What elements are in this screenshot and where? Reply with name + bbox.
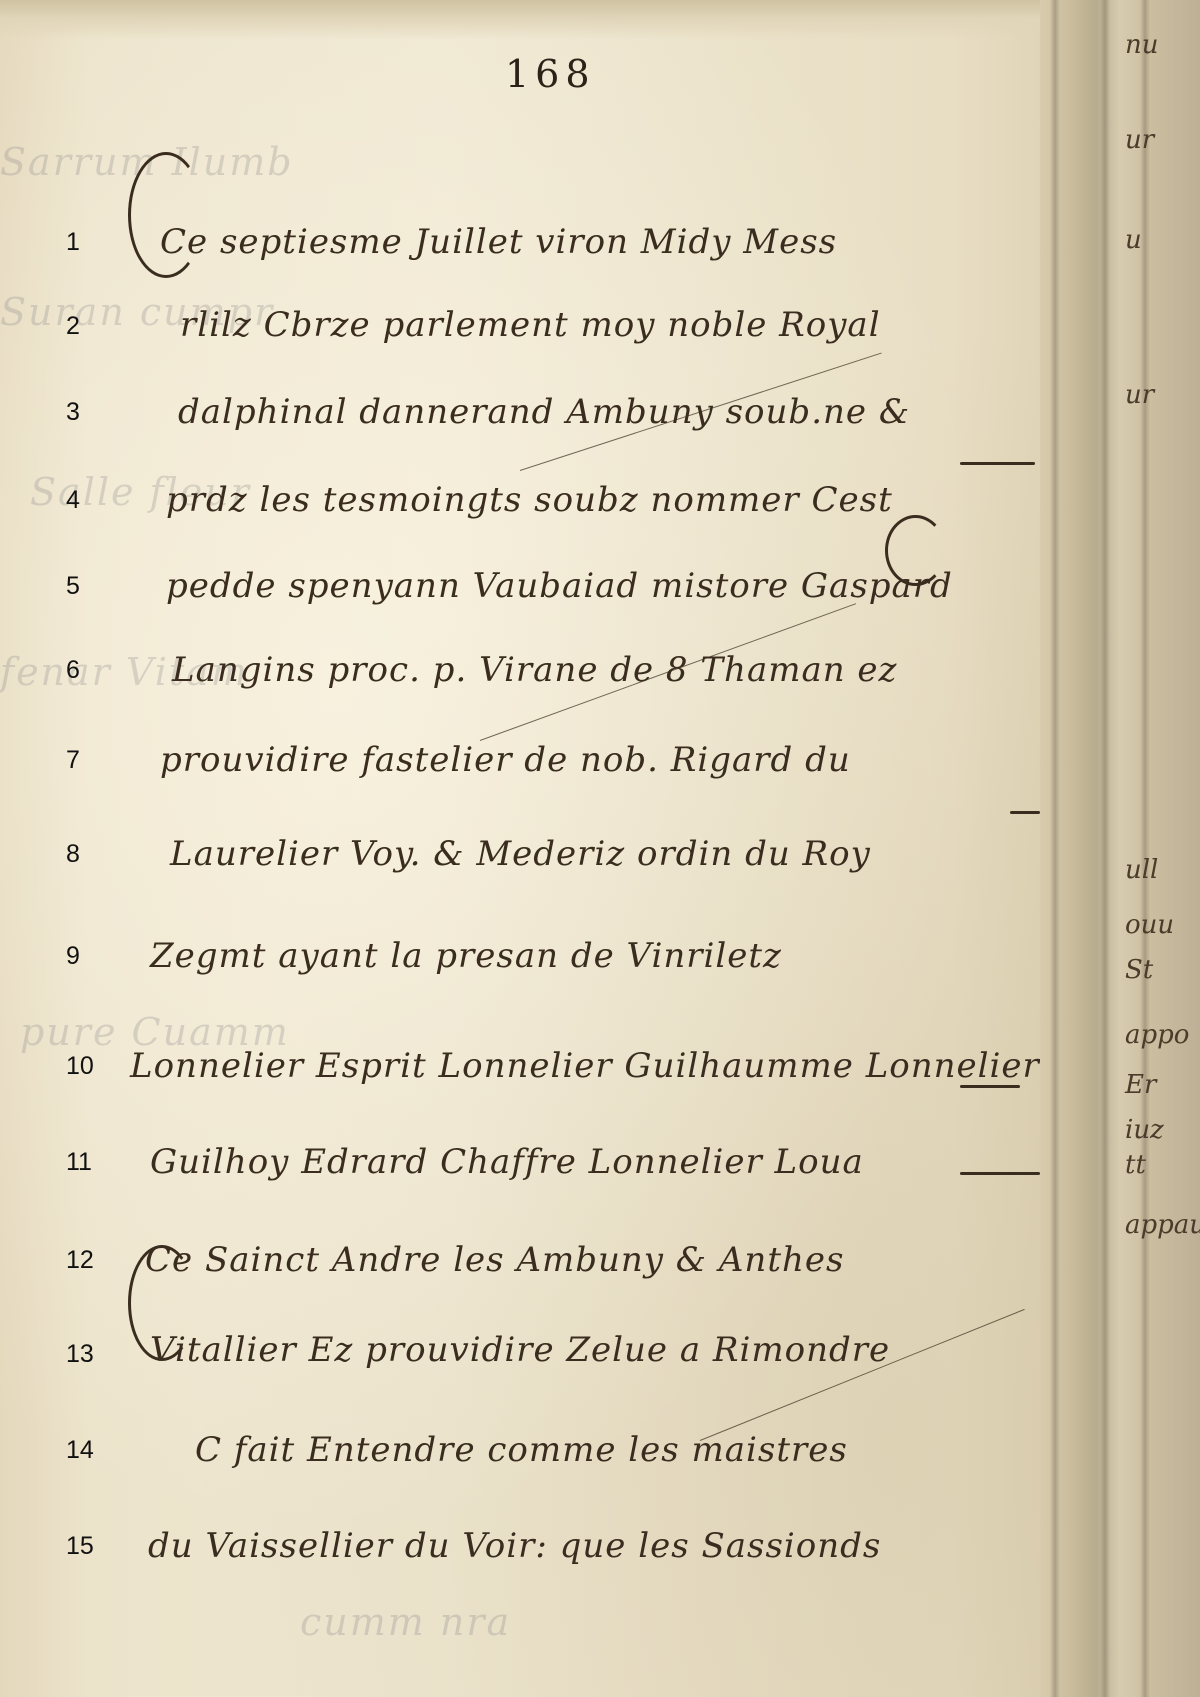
margin-fragment: St: [1125, 955, 1153, 985]
margin-fragment: tt: [1125, 1150, 1146, 1180]
manuscript-line: Lonnelier Esprit Lonnelier Guilhaumme Lo…: [130, 1046, 1040, 1086]
line-number: 9: [66, 942, 106, 971]
manuscript-line: pedde spenyann Vaubaiad mistore Gaspard: [166, 566, 953, 606]
line-number: 12: [66, 1246, 106, 1275]
margin-fragment: Er: [1125, 1070, 1156, 1100]
margin-fragment: ouu: [1125, 910, 1174, 940]
torn-page-edge: [1040, 0, 1200, 1697]
manuscript-page: Sarrum Ilumb Suran cumpr Salle fleur fen…: [0, 0, 1120, 1697]
page-crease: [1050, 0, 1060, 1697]
margin-fragment: ull: [1125, 855, 1158, 885]
diagonal-stroke: [700, 1309, 1025, 1441]
line-number: 15: [66, 1532, 106, 1561]
manuscript-line: Zegmt ayant la presan de Vinriletz: [150, 936, 782, 976]
manuscript-line: Langins proc. p. Virane de 8 Thaman ez: [172, 650, 897, 690]
page-top-edge: [0, 0, 1120, 40]
manuscript-line: Vitallier Ez prouvidire Zelue a Rimondre: [150, 1330, 890, 1370]
page-number: 168: [505, 52, 596, 96]
manuscript-line: Guilhoy Edrard Chaffre Lonnelier Loua: [150, 1142, 864, 1182]
line-number: 5: [66, 572, 106, 601]
margin-fragment: appau: [1125, 1210, 1200, 1240]
line-end-dash: [1010, 811, 1040, 814]
margin-fragment: u: [1125, 225, 1142, 255]
line-number: 13: [66, 1340, 106, 1369]
manuscript-line: rlilz Cbrze parlement moy noble Royal: [180, 305, 881, 345]
margin-fragment: nu: [1125, 30, 1159, 60]
line-number: 1: [66, 228, 106, 257]
manuscript-line: prdz les tesmoingts soubz nommer Cest: [166, 480, 893, 520]
manuscript-line: prouvidire fastelier de nob. Rigard du: [160, 740, 851, 780]
line-end-dash: [960, 1085, 1020, 1088]
line-number: 3: [66, 398, 106, 427]
margin-fragment: ur: [1125, 125, 1154, 155]
manuscript-line: du Vaissellier du Voir: que les Sassiond…: [148, 1526, 881, 1566]
line-number: 11: [66, 1148, 106, 1177]
margin-fragment: iuz: [1125, 1115, 1164, 1145]
line-number: 10: [66, 1052, 106, 1081]
line-number: 4: [66, 486, 106, 515]
manuscript-line: dalphinal dannerand Ambuny soub.ne &: [178, 392, 910, 432]
manuscript-line: Laurelier Voy. & Mederiz ordin du Roy: [170, 834, 871, 874]
line-number: 7: [66, 746, 106, 775]
bleed-through-text: cumm nra: [300, 1600, 511, 1644]
line-end-dash: [960, 1172, 1040, 1175]
margin-fragment: appo: [1125, 1020, 1189, 1050]
line-number: 6: [66, 656, 106, 685]
manuscript-line: C fait Entendre comme les maistres: [195, 1430, 848, 1470]
line-number: 8: [66, 840, 106, 869]
line-end-dash: [960, 462, 1035, 465]
line-number: 14: [66, 1436, 106, 1465]
page-crease: [1100, 0, 1110, 1697]
manuscript-line: Ce Sainct Andre les Ambuny & Anthes: [145, 1240, 844, 1280]
margin-fragment: ur: [1125, 380, 1154, 410]
line-number: 2: [66, 312, 106, 341]
manuscript-line: Ce septiesme Juillet viron Midy Mess: [160, 222, 837, 262]
